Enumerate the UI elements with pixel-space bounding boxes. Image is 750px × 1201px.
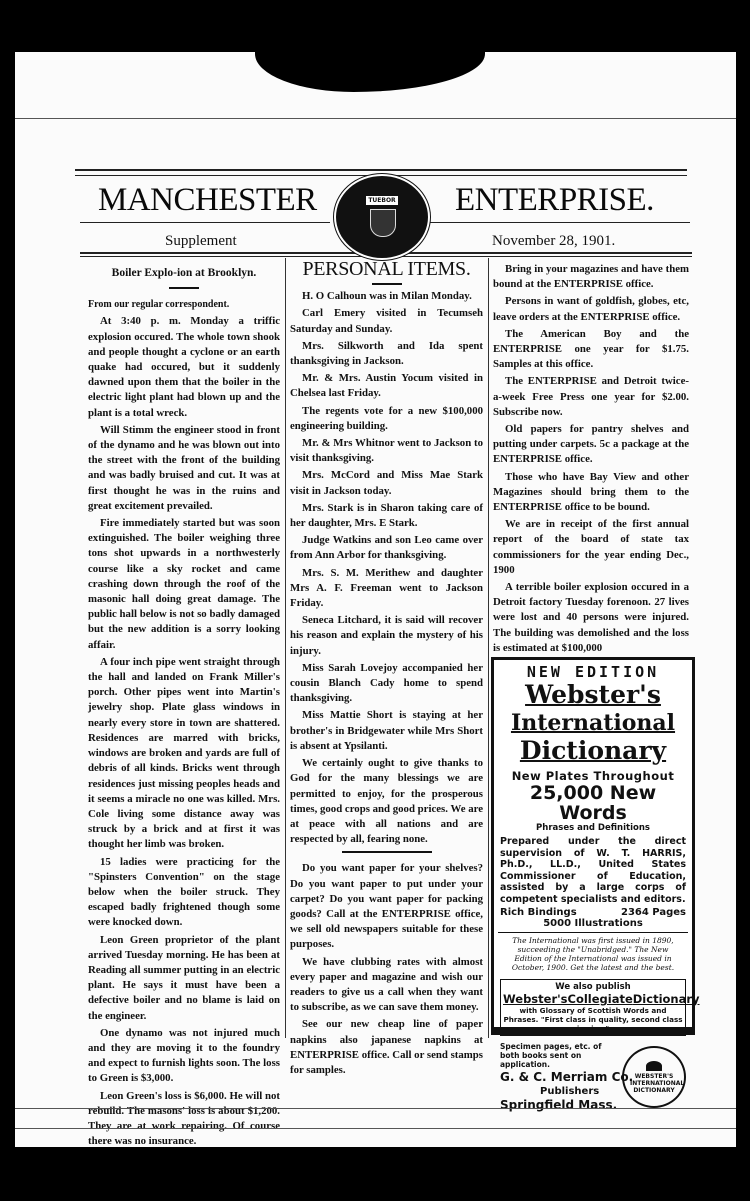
column-divider [285,258,286,1038]
paragraph: Fire immediately started but was soon ex… [88,516,280,653]
ad-phrases: Phrases and Definitions [494,823,692,833]
column-divider [488,258,489,1038]
paragraph: Will Stimm the engineer stood in front o… [88,423,280,514]
news-item: Miss Sarah Lovejoy accompanied her cousi… [290,661,483,707]
webster-stamp-icon: WEBSTER'S INTERNATIONAL DICTIONARY [622,1046,686,1108]
byline: From our regular correspondent. [88,297,280,312]
michigan-seal-icon: TUEBOR [334,174,430,260]
ad-kicker: NEW EDITION [494,663,692,681]
notice-item: We are in receipt of the first annual re… [493,517,689,578]
notice-item: Old papers for pantry shelves and puttin… [493,422,689,468]
ad-prepared: Prepared under the direct supervision of… [494,833,692,905]
news-item: H. O Calhoun was in Milan Monday. [290,289,483,304]
news-item: Judge Watkins and son Leo came over from… [290,533,483,563]
ad-footer: Specimen pages, etc. of both books sent … [494,1040,692,1116]
paragraph: Leon Green proprietor of the plant arriv… [88,933,280,1024]
column-right: Bring in your magazines and have them bo… [493,262,689,658]
paragraph: A four inch pipe went straight through t… [88,655,280,853]
masthead-title-left: MANCHESTER [98,182,317,219]
mast-rule [80,222,330,223]
ad-words: 25,000 New Words [494,783,692,823]
scan-line [15,118,736,119]
news-item: Miss Mattie Short is staying at her brot… [290,708,483,754]
ad-bottom-bar [494,1027,692,1032]
paragraph: 15 ladies were practicing for the "Spins… [88,855,280,931]
edition-label: Supplement [165,233,237,250]
ad-bindings: Rich Bindings [500,907,577,918]
notice-item: Those who have Bay View and other Magazi… [493,470,689,516]
issue-date: November 28, 1901. [492,233,615,250]
ad-pages: 2364 Pages [621,907,686,918]
news-item: Seneca Litchard, it is said will recover… [290,613,483,659]
ad-note: The International was first issued in 18… [498,932,688,975]
column-left: Boiler Explo-ion at Brooklyn. From our r… [88,262,280,1151]
header-rule [75,169,687,171]
news-item: Mrs. S. M. Merithew and daughter Mrs A. … [290,566,483,612]
divider [342,851,432,853]
notice-item: A terrible boiler explosion occured in a… [493,580,689,656]
seal-shield-icon [370,209,396,237]
paragraph: At 3:40 p. m. Monday a triffic explosion… [88,314,280,420]
notice-item: Bring in your magazines and have them bo… [493,262,689,292]
scan-line [15,1108,736,1109]
column-personal-items: PERSONAL ITEMS. H. O Calhoun was in Mila… [290,262,483,1080]
scan-line [15,1128,736,1129]
article-headline: Boiler Explo-ion at Brooklyn. [88,266,280,281]
ad-collegiate-word: Collegiate [568,992,633,1006]
news-item: Do you want paper for your shelves? Do y… [290,861,483,952]
news-item: Mr. & Mrs Whitnor went to Jackson to vis… [290,436,483,466]
news-item: We certainly ought to give thanks to God… [290,756,483,847]
paragraph: One dynamo was not injured much and they… [88,1026,280,1087]
news-item: Mrs. Silkworth and Ida spent thanksgivin… [290,339,483,369]
ad-collegiate-word: Dictionary [633,992,700,1006]
ad-bindings-row: Rich Bindings 2364 Pages [494,905,692,918]
ad-title-1: Webster's [494,681,692,709]
eagle-icon [646,1061,662,1071]
ad-illustrations: 5000 Illustrations [494,918,692,929]
notice-item: The American Boy and the ENTERPRISE one … [493,327,689,373]
section-headline: PERSONAL ITEMS. [290,262,483,277]
news-item: The regents vote for a new $100,000 engi… [290,404,483,434]
news-item: We have clubbing rates with almost every… [290,955,483,1016]
stamp-text: WEBSTER'S INTERNATIONAL DICTIONARY [630,1073,678,1094]
mast-rule-r [430,222,690,223]
news-item: Mr. & Mrs. Austin Yocum visited in Chels… [290,371,483,401]
notice-item: The ENTERPRISE and Detroit twice-a-week … [493,374,689,420]
news-item: Mrs. McCord and Miss Mae Stark visit in … [290,468,483,498]
ad-specimen: Specimen pages, etc. of both books sent … [500,1042,610,1069]
ad-title-3: Dictionary [494,737,692,765]
divider [169,287,199,289]
ad-also-publish: We also publish [503,982,683,992]
webster-dictionary-ad: NEW EDITION Webster's International Dict… [491,657,695,1035]
notice-item: Persons in want of goldfish, globes, etc… [493,294,689,324]
seal-motto: TUEBOR [366,196,398,205]
news-item: Carl Emery visited in Tecumseh Saturday … [290,306,483,336]
news-item: See our new cheap line of paper napkins … [290,1017,483,1078]
divider [372,283,402,285]
paragraph: Leon Green's loss is $6,000. He will not… [88,1089,280,1150]
ad-collegiate-title: Webster's Collegiate Dictionary [503,992,683,1006]
ad-title-2: International [494,709,692,737]
masthead-title-right: ENTERPRISE. [455,182,654,219]
news-item: Mrs. Stark is in Sharon taking care of h… [290,501,483,531]
ad-plates: New Plates Throughout [494,769,692,783]
ad-collegiate-word: Webster's [503,992,568,1006]
